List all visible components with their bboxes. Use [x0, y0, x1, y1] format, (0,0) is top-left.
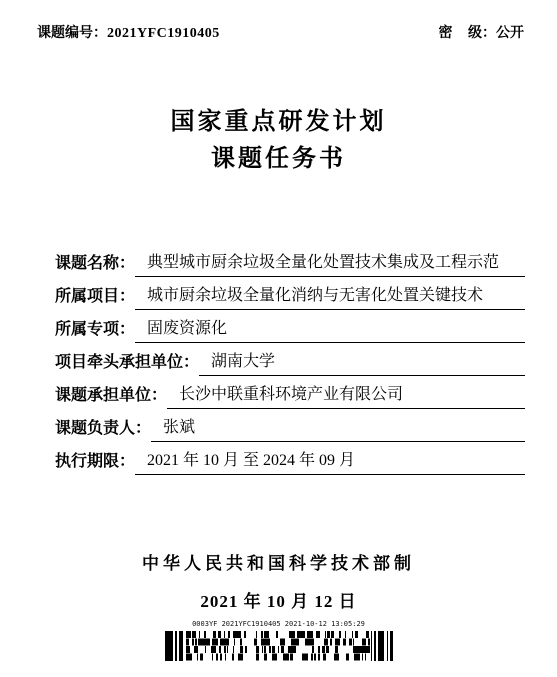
- field-value: 张斌: [151, 417, 525, 442]
- barcode-icon: [165, 631, 393, 661]
- field-label: 项目牵头承担单位：: [55, 352, 199, 376]
- document-title: 国家重点研发计划 课题任务书: [0, 103, 557, 177]
- field-label: 执行期限：: [55, 451, 135, 475]
- project-number-label: 课题编号：: [37, 24, 107, 40]
- secrecy-level: 密 级：公开: [438, 22, 524, 42]
- issuing-authority: 中华人民共和国科学技术部制: [0, 549, 557, 574]
- document-header: 课题编号：2021YFC1910405 密 级：公开: [37, 22, 524, 42]
- field-value: 长沙中联重科环境产业有限公司: [167, 384, 525, 409]
- form-row-leader: 课题负责人： 张斌: [55, 409, 525, 442]
- field-label: 课题负责人：: [55, 418, 151, 442]
- field-value: 2021 年 10 月 至 2024 年 09 月: [135, 450, 525, 475]
- project-number: 课题编号：2021YFC1910405: [37, 22, 220, 42]
- form-row-lead-unit: 项目牵头承担单位： 湖南大学: [55, 343, 525, 376]
- form-row-undertaking-unit: 课题承担单位： 长沙中联重科环境产业有限公司: [55, 376, 525, 409]
- title-line-1: 国家重点研发计划: [0, 103, 557, 140]
- field-label: 所属项目：: [55, 286, 135, 310]
- document-date: 2021 年 10 月 12 日: [0, 587, 557, 612]
- field-value: 固废资源化: [135, 318, 525, 343]
- field-label: 所属专项：: [55, 319, 135, 343]
- form-row-project-name: 课题名称： 典型城市厨余垃圾全量化处置技术集成及工程示范: [55, 244, 525, 277]
- form-row-special-program: 所属专项： 固废资源化: [55, 310, 525, 343]
- barcode-text: 0003YF 2021YFC1910405 2021-10-12 13:05:2…: [159, 620, 399, 629]
- title-line-2: 课题任务书: [0, 140, 557, 177]
- field-label: 课题承担单位：: [55, 385, 167, 409]
- field-value: 典型城市厨余垃圾全量化处置技术集成及工程示范: [135, 252, 525, 277]
- field-value: 湖南大学: [199, 351, 525, 376]
- field-label: 课题名称：: [55, 253, 135, 277]
- form-fields: 课题名称： 典型城市厨余垃圾全量化处置技术集成及工程示范 所属项目： 城市厨余垃…: [55, 244, 525, 475]
- barcode-block: 0003YF 2021YFC1910405 2021-10-12 13:05:2…: [159, 620, 399, 661]
- form-row-duration: 执行期限： 2021 年 10 月 至 2024 年 09 月: [55, 442, 525, 475]
- field-value: 城市厨余垃圾全量化消纳与无害化处置关键技术: [135, 285, 525, 310]
- document-page: 课题编号：2021YFC1910405 密 级：公开 国家重点研发计划 课题任务…: [0, 0, 557, 677]
- project-number-value: 2021YFC1910405: [107, 26, 220, 41]
- form-row-parent-project: 所属项目： 城市厨余垃圾全量化消纳与无害化处置关键技术: [55, 277, 525, 310]
